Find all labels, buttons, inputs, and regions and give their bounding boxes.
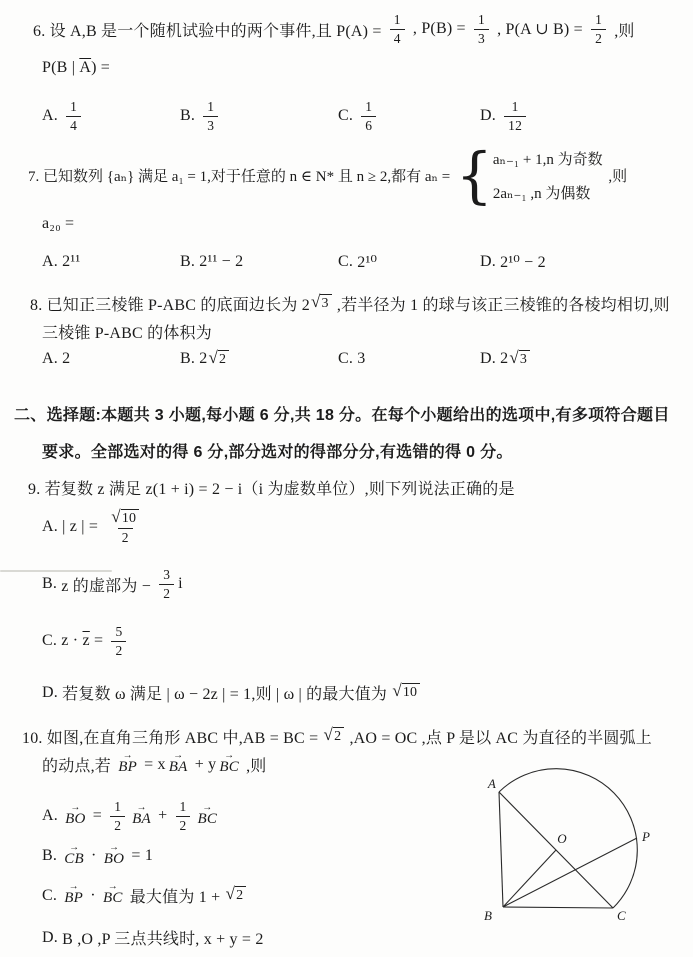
option-text: · <box>86 887 100 905</box>
point-label-P: P <box>641 829 650 844</box>
fraction: 12 <box>176 799 191 833</box>
exam-page: 6. 设 A,B 是一个随机试验中的两个事件,且 P(A) = 14 , P(B… <box>0 0 693 957</box>
q7-option-d: D. 2¹⁰ − 2 <box>480 252 546 272</box>
vector-BC: →BC <box>219 753 239 776</box>
radical: √2 <box>208 350 229 368</box>
fraction-denominator: 2 <box>591 29 606 47</box>
sqrt-symbol: √ <box>208 349 218 366</box>
semicircle-arc <box>499 769 637 908</box>
section-header-text: 二、选择题:本题共 3 小题,每小题 6 分,共 18 分。在每个小题给出的选项… <box>14 402 670 425</box>
option-label: B. <box>180 350 199 368</box>
vector-base: CB <box>64 852 84 868</box>
radicand: 3 <box>320 294 331 312</box>
brace-symbol: { <box>456 148 493 203</box>
option-label: C. <box>42 632 61 650</box>
fraction-denominator: 12 <box>504 116 526 134</box>
fraction: 12 <box>591 12 606 46</box>
radicand: 2 <box>235 886 246 904</box>
fraction: 52 <box>111 624 126 658</box>
option-text: 最大值为 1 + <box>126 884 225 907</box>
q8-option-b: B. 2√2 <box>180 350 338 368</box>
option-label: A. <box>42 253 62 271</box>
option-value: 2¹¹ <box>62 253 80 271</box>
fraction-denominator: 3 <box>474 29 489 47</box>
q6-option-c: C. 16 <box>338 99 480 133</box>
fraction-numerator: 1 <box>110 799 125 816</box>
vector-base: BA <box>169 760 188 776</box>
point-label-B: B <box>484 908 492 923</box>
option-label: C. <box>338 107 357 125</box>
figure-lines <box>499 769 637 908</box>
radical: √10 <box>392 683 420 701</box>
option-label: A. <box>42 518 62 536</box>
fraction-denominator: 2 <box>118 528 133 546</box>
q6-option-a: A. 14 <box>42 99 180 133</box>
fraction-denominator: 2 <box>111 641 126 659</box>
q10-stem-line1: 10. 如图,在直角三角形 ABC 中,AB = BC = √2 ,AO = O… <box>22 725 652 748</box>
vector-base: BC <box>197 812 217 828</box>
fraction-denominator: 6 <box>361 116 376 134</box>
option-label: B. <box>42 847 61 865</box>
q10-semicircle-figure: A B C O P <box>478 748 693 957</box>
segment-BP <box>503 838 637 907</box>
radicand: 3 <box>519 350 530 368</box>
option-label: D. <box>480 107 500 125</box>
section-header-text: 要求。全部选对的得 6 分,部分选对的得部分分,有选错的得 0 分。 <box>42 439 513 462</box>
option-text: i <box>178 575 183 593</box>
q8-option-a: A. 2 <box>42 350 180 368</box>
fraction-numerator: 3 <box>159 567 174 584</box>
vector-base: BC <box>103 891 123 907</box>
segment-BC <box>503 907 613 908</box>
fraction-denominator: 3 <box>203 116 218 134</box>
vector-BC: →BC <box>103 884 123 907</box>
fraction-numerator: 5 <box>111 624 126 641</box>
q7-stem-line2: a₂₀ = <box>42 215 74 233</box>
q6-text-4: ,则 <box>610 18 635 41</box>
q6-text-1: 6. 设 A,B 是一个随机试验中的两个事件,且 P(A) = <box>33 18 386 41</box>
q8-options: A. 2 B. 2√2 C. 3 D. 2√3 <box>42 350 531 368</box>
vector-BP: →BP <box>118 753 137 776</box>
radical: √2 <box>226 886 247 904</box>
q9-option-b: B. z 的虚部为 − 32 i <box>42 567 183 601</box>
option-value: 2 <box>62 350 70 368</box>
fraction-denominator: 4 <box>66 116 81 134</box>
fraction-denominator: 4 <box>390 29 405 47</box>
q6-line2-pre: P(B | <box>42 59 79 77</box>
q6-text-2: , P(B) = <box>409 20 470 38</box>
option-text: = <box>89 807 107 825</box>
q10-text-2: ,AO = OC ,点 P 是以 AC 为直径的半圆弧上 <box>345 725 652 748</box>
fraction-numerator: 1 <box>508 99 523 116</box>
segment-AB <box>499 792 503 907</box>
radical: √3 <box>311 294 332 312</box>
vector-BP: →BP <box>64 884 83 907</box>
option-text: + <box>154 807 172 825</box>
q8-stem-line1: 8. 已知正三棱锥 P-ABC 的底面边长为 2 √3 ,若半径为 1 的球与该… <box>30 292 670 315</box>
option-text: = <box>90 632 108 650</box>
q10-option-a: A. →BO = 12 →BA + 12 →BC <box>42 799 220 833</box>
radical: √10 <box>111 509 139 527</box>
sqrt-symbol: √ <box>324 726 334 743</box>
vector-base: BP <box>118 760 137 776</box>
q10-text-6: ,则 <box>242 753 267 776</box>
q7-options: A. 2¹¹ B. 2¹¹ − 2 C. 2¹⁰ D. 2¹⁰ − 2 <box>42 252 546 272</box>
q7-text-2: ,则 <box>605 165 628 186</box>
sqrt-symbol: √ <box>392 682 402 699</box>
q8-text-3: 三棱锥 P-ABC 的体积为 <box>42 320 212 343</box>
fraction: 14 <box>390 12 405 46</box>
vector-BA: →BA <box>132 805 151 828</box>
q8-option-c: C. 3 <box>338 350 480 368</box>
q8-stem-line2: 三棱锥 P-ABC 的体积为 <box>42 320 212 343</box>
option-text: = 1 <box>127 847 153 865</box>
radical: √2 <box>324 727 345 745</box>
point-label-C: C <box>617 908 626 923</box>
figure-svg: A B C O P <box>478 748 693 957</box>
fraction-numerator: 1 <box>203 99 218 116</box>
q7-option-c: C. 2¹⁰ <box>338 252 480 272</box>
vector-BO: →BO <box>104 845 124 868</box>
radicand: 10 <box>121 509 139 527</box>
q7-a20-equals: a₂₀ = <box>42 215 74 233</box>
option-text: z · <box>61 632 82 650</box>
fraction: 32 <box>159 567 174 601</box>
radicand: 2 <box>333 727 344 745</box>
fraction-numerator: 1 <box>176 799 191 816</box>
q6-option-d: D. 112 <box>480 99 530 133</box>
q9-option-a: A. | z | = √10 2 <box>42 509 148 546</box>
q10-text-5: + y <box>191 756 217 774</box>
option-value: 2¹⁰ <box>357 252 377 272</box>
q6-line2-post: ) = <box>91 59 110 77</box>
vector-BO: →BO <box>65 805 85 828</box>
point-label-O: O <box>557 831 567 846</box>
q10-text-3: 的动点,若 <box>42 753 115 776</box>
q9-option-c: C. z · z = 52 <box>42 624 130 658</box>
fraction: 112 <box>504 99 526 133</box>
q8-option-d: D. 2√3 <box>480 350 531 368</box>
point-label-A: A <box>487 776 496 791</box>
option-value: 2¹¹ − 2 <box>199 253 243 271</box>
vector-BC: →BC <box>197 805 217 828</box>
option-label: D. <box>480 350 500 368</box>
vector-base: BO <box>104 852 124 868</box>
option-label: D. <box>42 929 62 947</box>
q10-option-d: D. B ,O ,P 三点共线时, x + y = 2 <box>42 926 264 949</box>
z-conjugate-symbol: z <box>83 632 90 650</box>
fraction: 16 <box>361 99 376 133</box>
fraction-numerator: 1 <box>390 12 405 29</box>
segment-BO <box>503 850 556 907</box>
option-label: A. <box>42 807 62 825</box>
piecewise-case-odd: aₙ₋₁ + 1,n 为奇数 <box>493 148 603 169</box>
q9-stem: 9. 若复数 z 满足 z(1 + i) = 2 − i（i 为虚数单位）,则下… <box>28 476 515 499</box>
option-text: 若复数 ω 满足 | ω − 2z | = 1,则 | ω | 的最大值为 <box>62 681 391 704</box>
option-label: A. <box>42 350 62 368</box>
q7-text-1: 7. 已知数列 {aₙ} 满足 a₁ = 1,对于任意的 n ∈ N* 且 n … <box>28 165 454 186</box>
vector-base: BP <box>64 891 83 907</box>
sqrt-symbol: √ <box>311 293 321 310</box>
q8-text-2: ,若半径为 1 的球与该正三棱锥的各棱均相切,则 <box>333 292 670 315</box>
fraction-numerator: 1 <box>66 99 81 116</box>
fraction-denominator: 2 <box>110 816 125 834</box>
option-label: B. <box>42 575 61 593</box>
fraction-denominator: 2 <box>176 816 191 834</box>
radicand: 2 <box>218 350 229 368</box>
option-label: C. <box>338 253 357 271</box>
option-label: C. <box>338 350 357 368</box>
option-text: | z | = <box>62 518 102 536</box>
fraction: 13 <box>203 99 218 133</box>
radicand: 10 <box>402 683 420 701</box>
option-value: 3 <box>357 350 365 368</box>
option-label: D. <box>480 253 500 271</box>
option-value: 2 <box>500 350 508 368</box>
option-text: z 的虚部为 − <box>61 573 155 596</box>
fraction-denominator: 2 <box>159 584 174 602</box>
option-label: C. <box>42 887 61 905</box>
q8-text-1: 8. 已知正三棱锥 P-ABC 的底面边长为 2 <box>30 292 310 315</box>
option-value: 2¹⁰ − 2 <box>500 252 546 272</box>
vector-base: BA <box>132 812 151 828</box>
radical: √3 <box>509 350 530 368</box>
q6-options: A. 14 B. 13 C. 16 D. 112 <box>42 99 530 133</box>
fraction: 14 <box>66 99 81 133</box>
q10-option-b: B. →CB · →BO = 1 <box>42 845 153 868</box>
sqrt-symbol: √ <box>111 508 121 525</box>
q7-stem-line1: 7. 已知数列 {aₙ} 满足 a₁ = 1,对于任意的 n ∈ N* 且 n … <box>28 148 627 203</box>
option-text: · <box>87 847 101 865</box>
q7-option-b: B. 2¹¹ − 2 <box>180 253 338 271</box>
option-label: B. <box>180 253 199 271</box>
sqrt-symbol: √ <box>509 349 519 366</box>
q6-stem-line2: P(B | A) = <box>42 59 110 77</box>
option-value: 2 <box>199 350 207 368</box>
section-2-header-line1: 二、选择题:本题共 3 小题,每小题 6 分,共 18 分。在每个小题给出的选项… <box>14 402 670 425</box>
vector-base: BC <box>219 760 239 776</box>
a-bar-symbol: A <box>79 59 91 77</box>
fraction: 12 <box>110 799 125 833</box>
fraction-numerator: 1 <box>361 99 376 116</box>
q10-stem-line2: 的动点,若 →BP = x →BA + y →BC ,则 <box>42 753 267 776</box>
sqrt-symbol: √ <box>226 885 236 902</box>
fraction: 13 <box>474 12 489 46</box>
q9-option-d: D. 若复数 ω 满足 | ω − 2z | = 1,则 | ω | 的最大值为… <box>42 681 421 704</box>
option-label: B. <box>180 107 199 125</box>
q6-option-b: B. 13 <box>180 99 338 133</box>
vector-CB: →CB <box>64 845 84 868</box>
fraction-numerator: √10 <box>106 509 144 528</box>
option-text: B ,O ,P 三点共线时, x + y = 2 <box>62 926 263 949</box>
fraction-numerator: 1 <box>591 12 606 29</box>
piecewise-case-even: 2aₙ₋₁ ,n 为偶数 <box>493 182 603 203</box>
option-label: D. <box>42 684 62 702</box>
q10-text-1: 10. 如图,在直角三角形 ABC 中,AB = BC = <box>22 725 323 748</box>
q6-text-3: , P(A ∪ B) = <box>493 19 587 39</box>
vector-BA: →BA <box>169 753 188 776</box>
option-label: A. <box>42 107 62 125</box>
piecewise-cases: aₙ₋₁ + 1,n 为奇数 2aₙ₋₁ ,n 为偶数 <box>493 148 603 203</box>
piecewise-function: { aₙ₋₁ + 1,n 为奇数 2aₙ₋₁ ,n 为偶数 <box>456 148 603 203</box>
q7-option-a: A. 2¹¹ <box>42 253 180 271</box>
q9-text: 9. 若复数 z 满足 z(1 + i) = 2 − i（i 为虚数单位）,则下… <box>28 476 515 499</box>
section-2-header-line2: 要求。全部选对的得 6 分,部分选对的得部分分,有选错的得 0 分。 <box>42 439 513 462</box>
fraction-numerator: 1 <box>474 12 489 29</box>
fraction: √10 2 <box>106 509 144 546</box>
q10-text-4: = x <box>140 756 166 774</box>
q10-option-c: C. →BP · →BC 最大值为 1 + √2 <box>42 884 247 907</box>
vector-base: BO <box>65 812 85 828</box>
q6-stem-line1: 6. 设 A,B 是一个随机试验中的两个事件,且 P(A) = 14 , P(B… <box>33 12 635 46</box>
